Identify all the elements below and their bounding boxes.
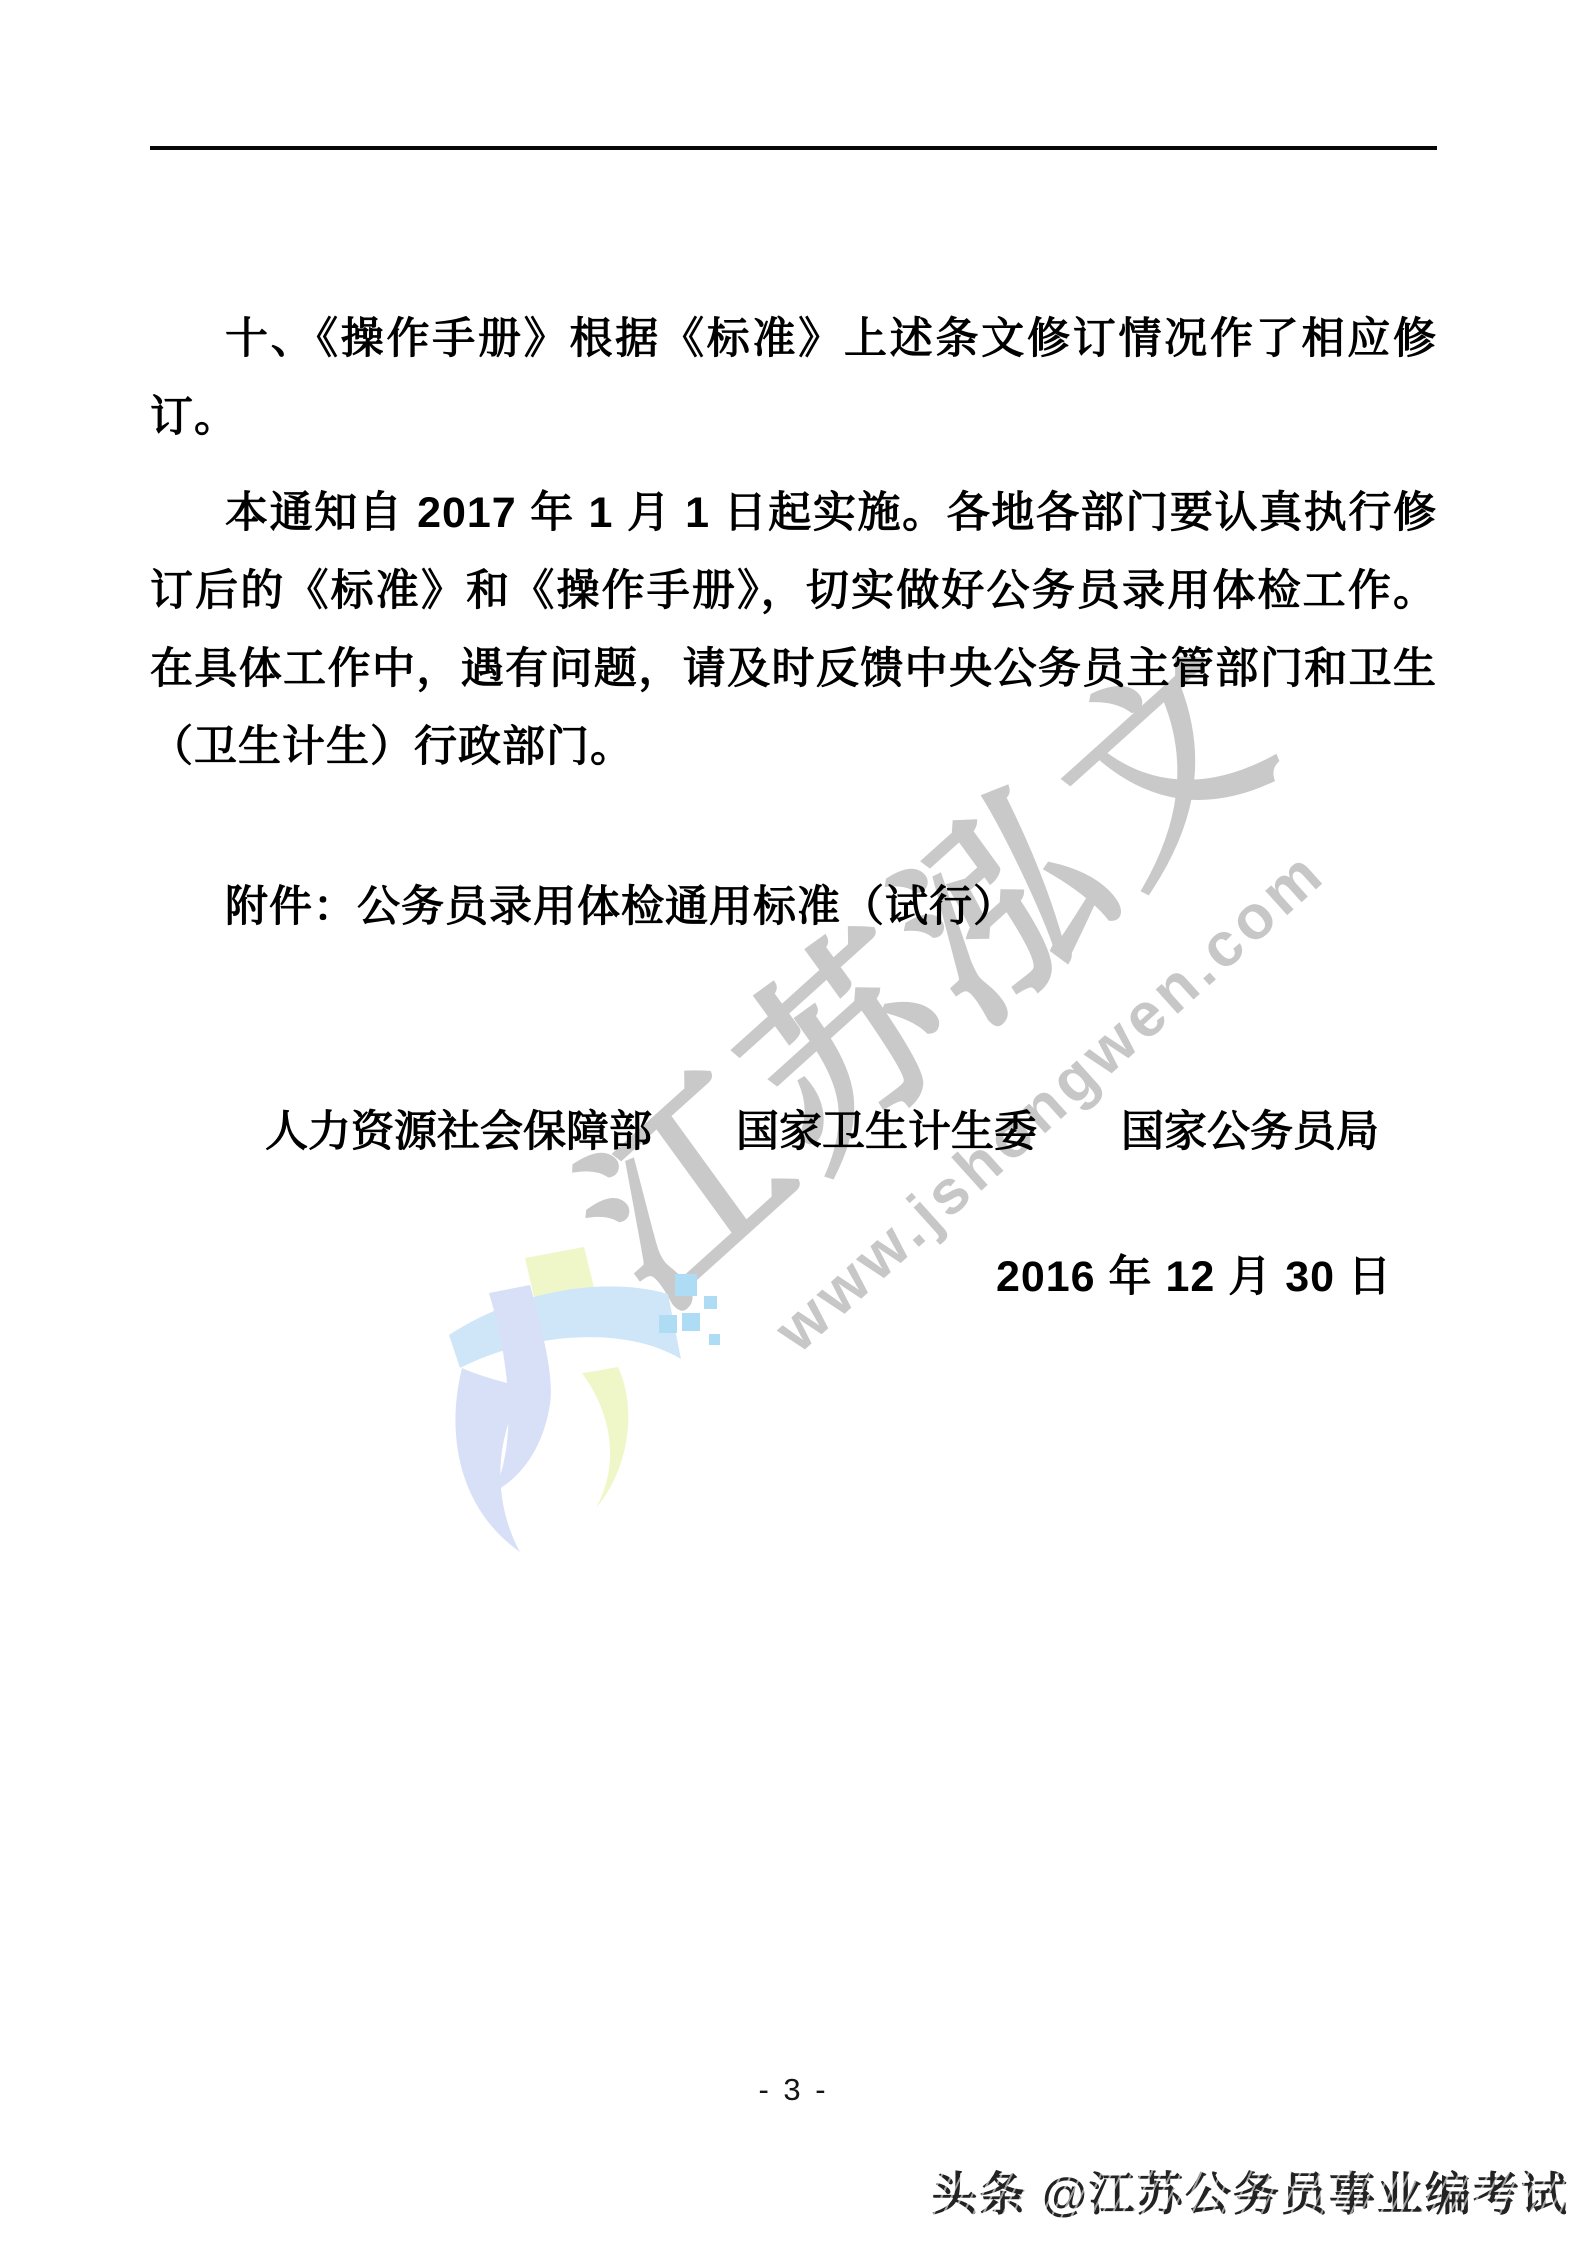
signer-civil-service-bureau: 国家公务员局 — [1121, 1098, 1379, 1159]
document-body: 十、《操作手册》根据《标准》上述条文修订情况作了相应修订。 本通知自 2017 … — [150, 0, 1437, 1304]
page-number: - 3 - — [0, 2072, 1587, 2108]
document-date: 2016 年 12 月 30 日 — [150, 1243, 1437, 1304]
signer-ministry-hrss: 人力资源社会保障部 — [265, 1098, 652, 1159]
signature-line: 人力资源社会保障部 国家卫生计生委 国家公务员局 — [150, 1098, 1437, 1159]
paragraph-implementation: 本通知自 2017 年 1 月 1 日起实施。各地各部门要认真执行修订后的《标准… — [150, 474, 1437, 786]
header-rule — [150, 146, 1437, 150]
signer-health-commission: 国家卫生计生委 — [736, 1098, 1037, 1159]
paragraph-revision-note: 十、《操作手册》根据《标准》上述条文修订情况作了相应修订。 — [150, 300, 1437, 456]
toutiao-credit-watermark: 头条 @江苏公务员事业编考试 — [931, 2158, 1569, 2224]
attachment-line: 附件：公务员录用体检通用标准（试行） — [150, 868, 1437, 946]
